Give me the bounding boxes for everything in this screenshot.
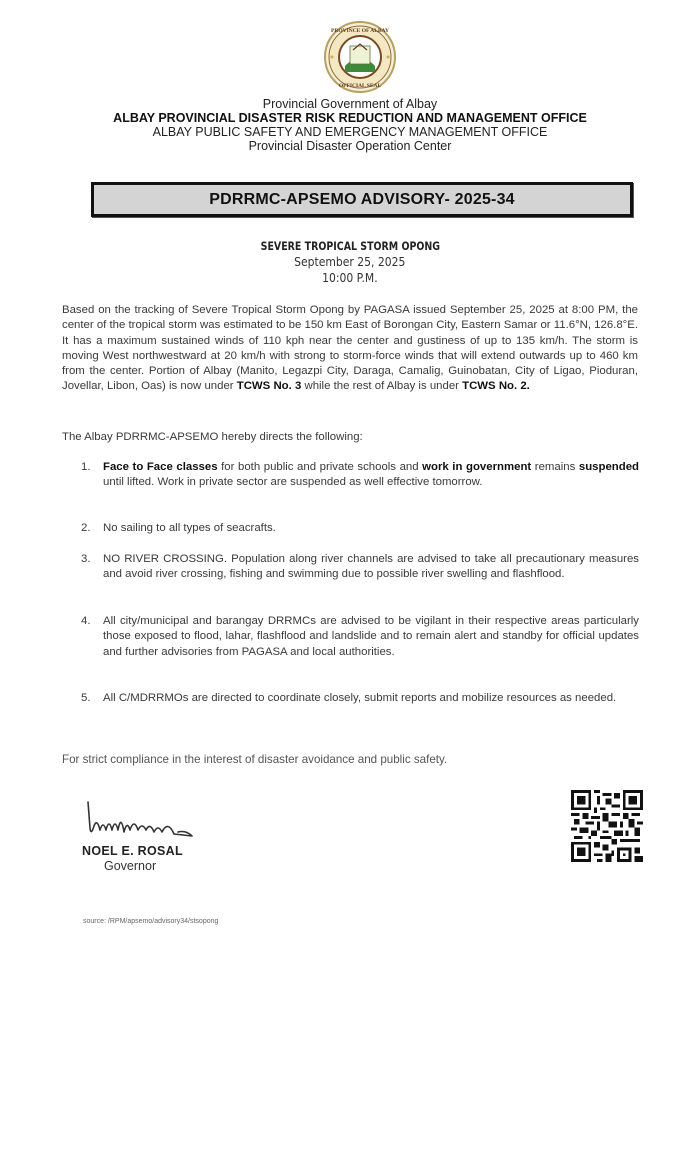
- item-number: 5.: [81, 691, 91, 706]
- item-text: remains: [531, 461, 579, 473]
- intro-paragraph: Based on the tracking of Severe Tropical…: [62, 303, 638, 395]
- compliance-note: For strict compliance in the interest of…: [62, 753, 447, 766]
- letterhead-apsemo: ALBAY PUBLIC SAFETY AND EMERGENCY MANAGE…: [0, 125, 700, 139]
- tcws-3-label: TCWS No. 3: [237, 380, 302, 392]
- item-text: No sailing to all types of seacrafts.: [103, 522, 276, 534]
- item-text: until lifted. Work in private sector are…: [103, 476, 482, 488]
- advisory-time: 10:00 P.M.: [322, 270, 378, 286]
- directs-paragraph: The Albay PDRRMC-APSEMO hereby directs t…: [62, 430, 638, 445]
- subject-block: SEVERE TROPICAL STORM OPONG September 25…: [0, 238, 700, 286]
- signature-icon: [82, 800, 197, 845]
- item-number: 1.: [81, 460, 91, 475]
- item-number: 2.: [81, 521, 91, 536]
- advisory-title: PDRRMC-APSEMO ADVISORY- 2025-34: [209, 191, 515, 209]
- bold-text: suspended: [579, 461, 639, 473]
- directive-item-4: 4.All city/municipal and barangay DRRMCs…: [103, 614, 639, 660]
- province-seal-icon: PROVINCE OF ALBAY OFFICIAL SEAL: [323, 20, 397, 94]
- letterhead-office: ALBAY PROVINCIAL DISASTER RISK REDUCTION…: [0, 111, 700, 125]
- svg-text:OFFICIAL SEAL: OFFICIAL SEAL: [339, 83, 382, 89]
- tcws-2-label: TCWS No. 2.: [462, 380, 530, 392]
- letterhead: Provincial Government of Albay ALBAY PRO…: [0, 97, 700, 153]
- source-reference: source: /RPM/apsemo/advisory34/stsopong: [83, 918, 218, 925]
- directive-item-2: 2.No sailing to all types of seacrafts.: [103, 521, 639, 536]
- directive-item-5: 5.All C/MDRRMOs are directed to coordina…: [103, 691, 639, 706]
- storm-title: SEVERE TROPICAL STORM OPONG: [260, 238, 439, 254]
- letterhead-center: Provincial Disaster Operation Center: [0, 139, 700, 153]
- letterhead-government: Provincial Government of Albay: [0, 97, 700, 111]
- bold-text: Face to Face classes: [103, 461, 218, 473]
- qr-code-icon: [571, 790, 643, 862]
- item-text: NO RIVER CROSSING. Population along rive…: [103, 553, 639, 580]
- item-number: 3.: [81, 552, 91, 567]
- directive-item-3: 3.NO RIVER CROSSING. Population along ri…: [103, 552, 639, 583]
- item-text: All city/municipal and barangay DRRMCs a…: [103, 615, 639, 658]
- directive-item-1: 1.Face to Face classes for both public a…: [103, 460, 639, 491]
- svg-text:PROVINCE OF ALBAY: PROVINCE OF ALBAY: [331, 28, 389, 34]
- signatory-name: NOEL E. ROSAL: [82, 844, 183, 858]
- item-number: 4.: [81, 614, 91, 629]
- intro-text-2: while the rest of Albay is under: [301, 380, 462, 392]
- item-text: All C/MDRRMOs are directed to coordinate…: [103, 692, 616, 704]
- signatory-title: Governor: [104, 859, 156, 873]
- bold-text: work in government: [422, 461, 531, 473]
- advisory-date: September 25, 2025: [294, 254, 405, 270]
- item-text: for both public and private schools and: [218, 461, 423, 473]
- advisory-title-box: PDRRMC-APSEMO ADVISORY- 2025-34: [91, 182, 633, 217]
